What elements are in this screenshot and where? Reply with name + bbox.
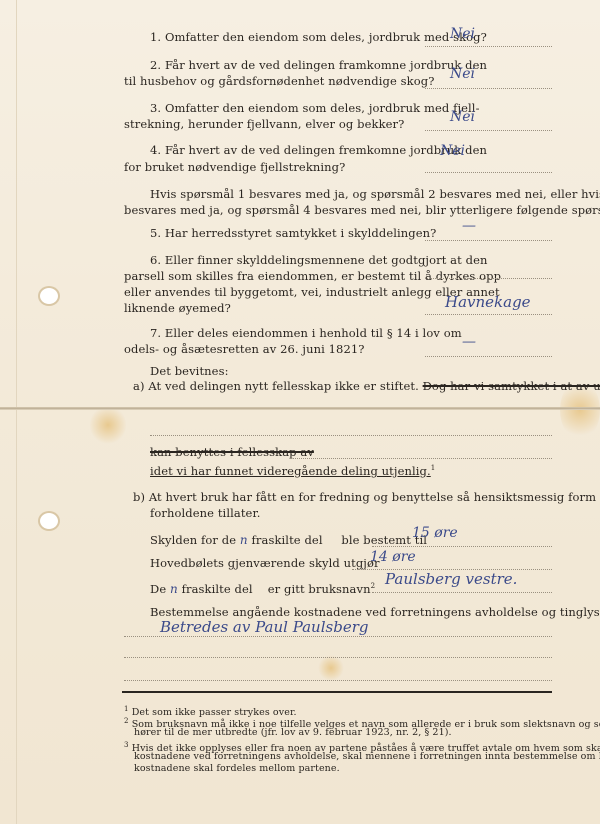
stain: [318, 655, 344, 681]
footnote-2-line2: hører til de mer utbredte (jfr. lov av 9…: [134, 727, 452, 739]
footnote-num: 2: [124, 717, 129, 725]
label-text: Skylden for de: [150, 533, 236, 547]
handwritten-insert: n: [170, 582, 178, 596]
conditional-intro-line2: besvares med ja, og spørsmål 4 besvares …: [124, 203, 600, 218]
hoved-label: Hovedbølets gjenværende skyld utgjør: [150, 556, 380, 571]
attest-heading: Det bevitnes:: [150, 364, 229, 379]
question-6-line2: parsell som skilles fra eiendommen, er b…: [124, 269, 501, 284]
question-4-line2: for bruket nødvendige fjellstrekning?: [124, 160, 345, 175]
question-6-line1: 6. Eller finner skylddelingsmennene det …: [150, 253, 487, 268]
struck-text: Dog har vi samtykket i at av utmarken: [423, 379, 600, 393]
struck-text: kan benyttes i fellesskap av: [150, 445, 314, 459]
answer-q3[interactable]: Nei: [450, 109, 475, 125]
item-label: a): [133, 379, 145, 393]
label-text: fraskilte del: [182, 582, 253, 596]
fold-crease: [0, 407, 600, 410]
stain: [90, 405, 126, 445]
question-5: 5. Har herredsstyret samtykket i skyldde…: [150, 226, 436, 241]
question-7-line2: odels- og åsætesretten av 26. juni 1821?: [124, 342, 365, 357]
field-line: [124, 680, 552, 681]
label-text: De: [150, 582, 166, 596]
section-rule: [122, 691, 552, 693]
answer-q2[interactable]: Nei: [450, 66, 475, 82]
item-label: b): [133, 490, 145, 504]
question-text: Får hvert av de ved delingen fremkomne j…: [165, 143, 487, 157]
footnote-ref: 1: [431, 464, 436, 472]
answer-q5[interactable]: —: [462, 218, 476, 234]
footnote-num: 3: [124, 741, 129, 749]
question-text: Omfatter den eiendom som deles, jordbruk…: [165, 101, 480, 115]
blank-line: [290, 458, 552, 459]
field-line: [372, 592, 552, 593]
answer-line: [425, 240, 552, 241]
answer-line: [425, 314, 552, 315]
page-edge-line: [16, 0, 17, 824]
punch-hole: [40, 288, 58, 304]
attest-b-text: At hvert bruk har fått en for fredning o…: [149, 490, 600, 504]
question-7-line1: 7. Eller deles eiendommen i henhold til …: [150, 326, 462, 341]
question-2-line2: til husbehov og gårdsfornødenhet nødvend…: [124, 74, 434, 89]
answer-line: [425, 356, 552, 357]
question-6-line4: liknende øyemed?: [124, 301, 231, 316]
question-1: 1. Omfatter den eiendom som deles, jordb…: [150, 30, 487, 45]
label-text: Bestemmelse angående kostnadene ved forr…: [150, 605, 600, 619]
answer-line: [425, 172, 552, 173]
label-text: er gitt bruksnavn: [268, 582, 371, 596]
question-number: 3.: [150, 101, 161, 115]
attest-a-struck3: idet vi har funnet videregående deling u…: [150, 461, 435, 479]
question-text: Får hvert av de ved delingen framkomne j…: [165, 58, 487, 72]
footnote-num: 1: [124, 705, 129, 713]
field-line: [372, 546, 552, 547]
field-line: [124, 657, 552, 658]
punch-hole: [40, 513, 58, 529]
footnote-3-line2: kostnadene ved forretningens avholdelse,…: [134, 751, 600, 763]
label-text: fraskilte del: [252, 533, 323, 547]
footnote-3-line3: kostnadene skal fordeles mellom partene.: [134, 763, 340, 775]
handwritten-insert: n: [240, 533, 248, 547]
document-page: 1. Omfatter den eiendom som deles, jordb…: [0, 0, 600, 824]
answer-q7[interactable]: —: [462, 334, 476, 350]
question-number: 1.: [150, 30, 161, 44]
bruksnavn-value[interactable]: Paulsberg vestre.: [385, 570, 517, 588]
bruksnavn-label: De n fraskilte del er gitt bruksnavn2: [150, 579, 375, 597]
question-2-line1: 2. Får hvert av de ved delingen framkomn…: [150, 58, 487, 73]
answer-q6[interactable]: Havnekage: [445, 293, 531, 311]
answer-line: [425, 46, 552, 47]
attest-b-line2: forholdene tillater.: [150, 506, 261, 521]
question-number: 2.: [150, 58, 161, 72]
answer-line: [425, 278, 552, 279]
struck-text: idet vi har funnet videregående deling u…: [150, 464, 431, 478]
question-3-line1: 3. Omfatter den eiendom som deles, jordb…: [150, 101, 480, 116]
hoved-value[interactable]: 14 øre: [370, 549, 416, 565]
field-line: [124, 636, 552, 637]
skyld-value[interactable]: 15 øre: [412, 525, 458, 541]
blank-line: [150, 435, 552, 436]
answer-line: [425, 130, 552, 131]
question-3-line2: strekning, herunder fjellvann, elver og …: [124, 117, 404, 132]
attest-a-line1: a) At ved delingen nytt fellesskap ikke …: [133, 379, 600, 394]
answer-q4[interactable]: Nei: [440, 143, 465, 159]
question-text: Omfatter den eiendom som deles, jordbruk…: [165, 30, 487, 44]
answer-line: [425, 88, 552, 89]
question-6-line3: eller anvendes til byggetomt, vei, indus…: [124, 285, 500, 300]
kostnader-value[interactable]: Betredes av Paul Paulsberg: [160, 618, 368, 636]
conditional-intro-line1: Hvis spørsmål 1 besvares med ja, og spør…: [150, 187, 600, 202]
footnote-ref: 2: [371, 582, 376, 590]
answer-q1[interactable]: Nei: [450, 26, 475, 42]
question-4-line1: 4. Får hvert av de ved delingen fremkomn…: [150, 143, 487, 158]
question-number: 4.: [150, 143, 161, 157]
attest-a-text: At ved delingen nytt fellesskap ikke er …: [148, 379, 419, 393]
attest-b-line1: b) At hvert bruk har fått en for frednin…: [133, 490, 600, 505]
